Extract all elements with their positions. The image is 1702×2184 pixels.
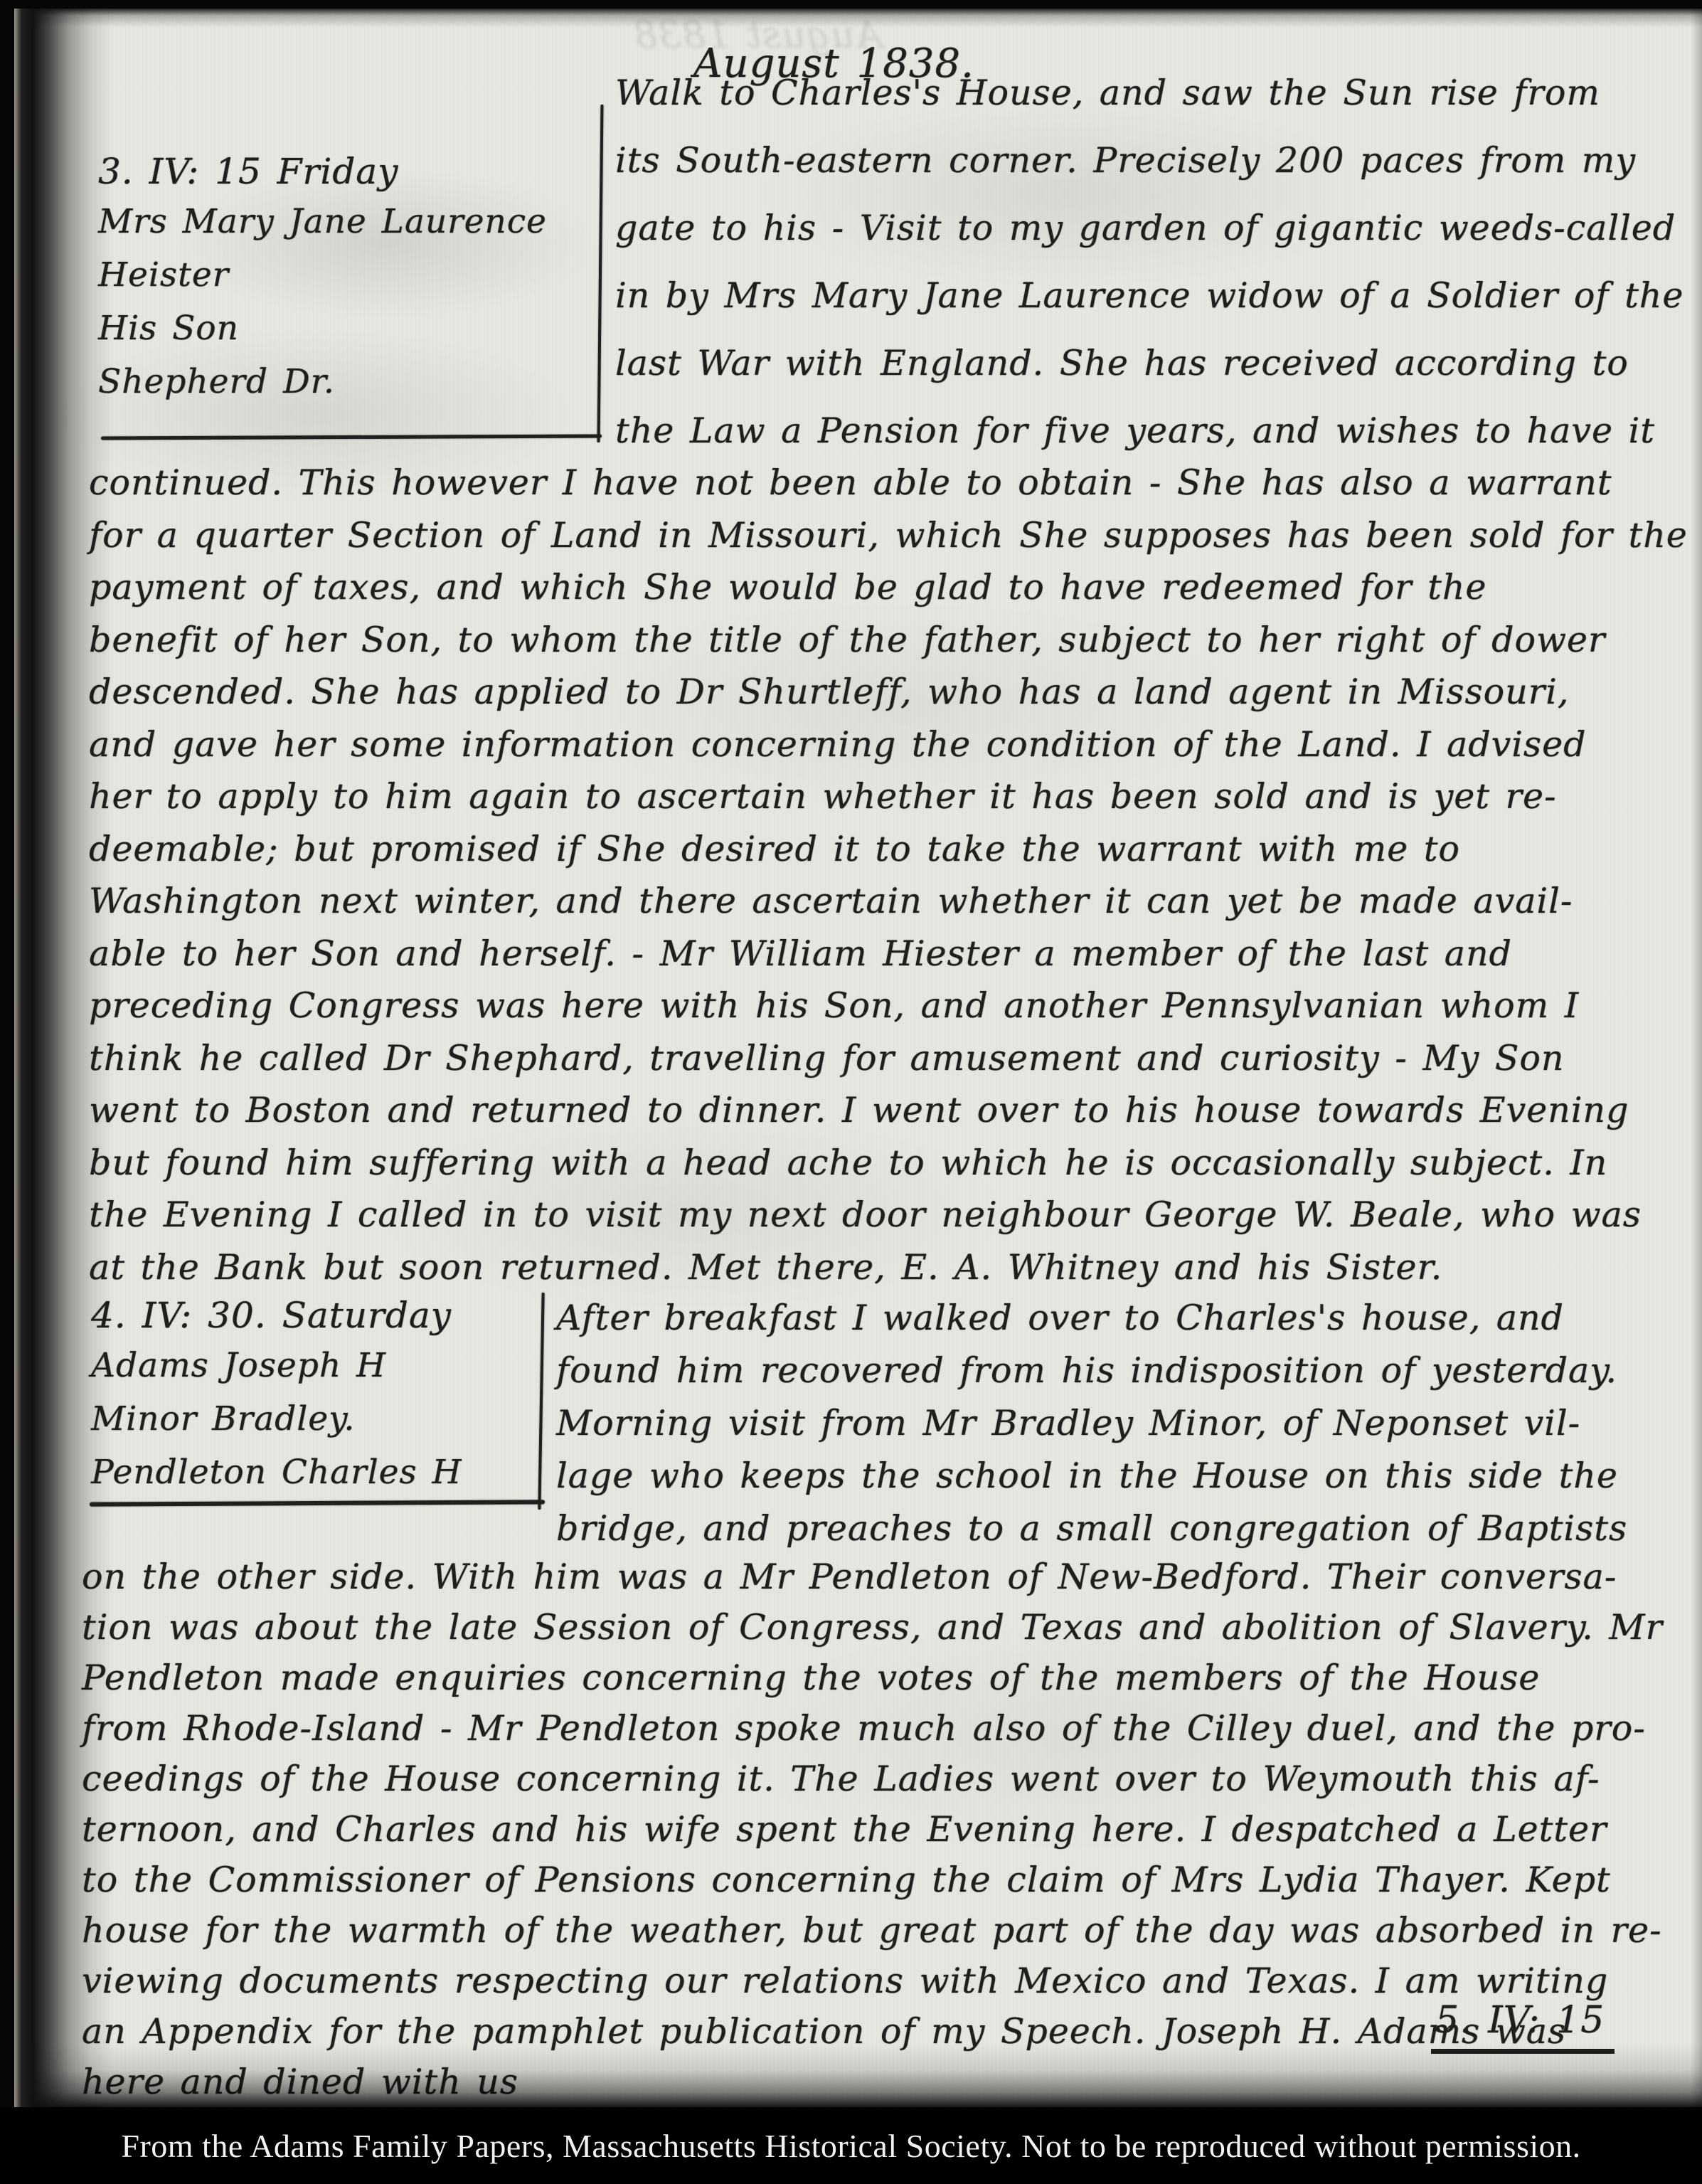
manuscript-line: Pendleton made enquiries concerning the … bbox=[82, 1659, 1663, 1709]
entry-margin-names: Mrs Mary Jane LaurenceHeisterHis SonShep… bbox=[98, 202, 547, 415]
manuscript-line: payment of taxes, and which She would be… bbox=[89, 568, 1688, 621]
manuscript-line: from Rhode-Island - Mr Pendleton spoke m… bbox=[82, 1709, 1663, 1760]
manuscript-line: ternoon, and Charles and his wife spent … bbox=[82, 1811, 1663, 1861]
manuscript-line: Morning visit from Mr Bradley Minor, of … bbox=[556, 1404, 1627, 1457]
entry-margin-block: 4. IV: 30. Saturday Adams Joseph HMinor … bbox=[91, 1295, 462, 1506]
manuscript-line: able to her Son and herself. - Mr Willia… bbox=[89, 935, 1688, 987]
entry-dateline: 3. IV: 15 Friday bbox=[98, 151, 547, 202]
manuscript-line: on the other side. With him was a Mr Pen… bbox=[82, 1558, 1663, 1608]
manuscript-line: Washington next winter, and there ascert… bbox=[89, 882, 1688, 935]
manuscript-line: gate to his - Visit to my garden of giga… bbox=[615, 209, 1684, 277]
entry-margin-block: 3. IV: 15 Friday Mrs Mary Jane LaurenceH… bbox=[98, 151, 547, 415]
manuscript-line: descended. She has applied to Dr Shurtle… bbox=[89, 673, 1688, 726]
margin-bracket-vertical-rule bbox=[538, 1293, 544, 1510]
manuscript-line: went to Boston and returned to dinner. I… bbox=[89, 1091, 1688, 1144]
manuscript-line: Walk to Charles's House, and saw the Sun… bbox=[615, 74, 1684, 142]
manuscript-line: and gave her some information concerning… bbox=[89, 726, 1688, 778]
manuscript-line: viewing documents respecting our relatio… bbox=[82, 1962, 1663, 2013]
entry-margin-names: Adams Joseph HMinor Bradley.Pendleton Ch… bbox=[91, 1346, 462, 1506]
margin-name: His Son bbox=[98, 309, 547, 362]
manuscript-line: tion was about the late Session of Congr… bbox=[82, 1608, 1663, 1659]
manuscript-line: benefit of her Son, to whom the title of… bbox=[89, 621, 1688, 674]
margin-bracket-horizontal-rule bbox=[101, 434, 602, 440]
margin-name: Minor Bradley. bbox=[91, 1399, 462, 1453]
margin-name: Pendleton Charles H bbox=[91, 1453, 462, 1506]
margin-name: Shepherd Dr. bbox=[98, 362, 547, 415]
manuscript-line: house for the warmth of the weather, but… bbox=[82, 1912, 1663, 1962]
manuscript-line: found him recovered from his indispositi… bbox=[556, 1352, 1627, 1404]
manuscript-line: continued. This however I have not been … bbox=[89, 464, 1688, 516]
manuscript-line: lage who keeps the school in the House o… bbox=[556, 1457, 1627, 1510]
manuscript-scan-page: August 1838 August 1838. 3. IV: 15 Frida… bbox=[0, 0, 1702, 2184]
margin-name: Adams Joseph H bbox=[91, 1346, 462, 1399]
entry-column-text: Walk to Charles's House, and saw the Sun… bbox=[615, 74, 1684, 479]
margin-name: Mrs Mary Jane Laurence bbox=[98, 202, 547, 255]
entry-fullwidth-text: continued. This however I have not been … bbox=[89, 464, 1688, 1300]
manuscript-line: the Evening I called in to visit my next… bbox=[89, 1196, 1688, 1249]
margin-bracket-vertical-rule bbox=[597, 105, 604, 442]
manuscript-line: her to apply to him again to ascertain w… bbox=[89, 778, 1688, 830]
manuscript-line: think he called Dr Shephard, travelling … bbox=[89, 1039, 1688, 1092]
manuscript-line: its South-eastern corner. Precisely 200 … bbox=[615, 142, 1684, 209]
footer-caption-band: From the Adams Family Papers, Massachuse… bbox=[0, 2107, 1702, 2184]
manuscript-line: but found him suffering with a head ache… bbox=[89, 1144, 1688, 1197]
manuscript-line: an Appendix for the pamphlet publication… bbox=[82, 2013, 1663, 2063]
manuscript-line: preceding Congress was here with his Son… bbox=[89, 987, 1688, 1039]
manuscript-line: to the Commissioner of Pensions concerni… bbox=[82, 1861, 1663, 1912]
manuscript-line: deemable; but promised if She desired it… bbox=[89, 830, 1688, 883]
entry-column-text: After breakfast I walked over to Charles… bbox=[556, 1299, 1627, 1562]
manuscript-line: in by Mrs Mary Jane Laurence widow of a … bbox=[615, 277, 1684, 344]
manuscript-line: here and dined with us bbox=[82, 2063, 1663, 2114]
entry-end-time: 5. IV: 15 bbox=[1431, 1999, 1615, 2054]
footer-caption: From the Adams Family Papers, Massachuse… bbox=[121, 2127, 1580, 2165]
margin-name: Heister bbox=[98, 255, 547, 309]
manuscript-paper: August 1838 August 1838. 3. IV: 15 Frida… bbox=[14, 9, 1702, 2107]
manuscript-line: for a quarter Section of Land in Missour… bbox=[89, 516, 1688, 569]
entry-fullwidth-text: on the other side. With him was a Mr Pen… bbox=[82, 1558, 1663, 2114]
manuscript-line: bridge, and preaches to a small congrega… bbox=[556, 1510, 1627, 1562]
manuscript-line: After breakfast I walked over to Charles… bbox=[556, 1299, 1627, 1352]
entry-dateline: 4. IV: 30. Saturday bbox=[91, 1295, 462, 1346]
manuscript-line: at the Bank but soon returned. Met there… bbox=[89, 1249, 1688, 1301]
manuscript-line: last War with England. She has received … bbox=[615, 344, 1684, 412]
manuscript-line: ceedings of the House concerning it. The… bbox=[82, 1760, 1663, 1811]
